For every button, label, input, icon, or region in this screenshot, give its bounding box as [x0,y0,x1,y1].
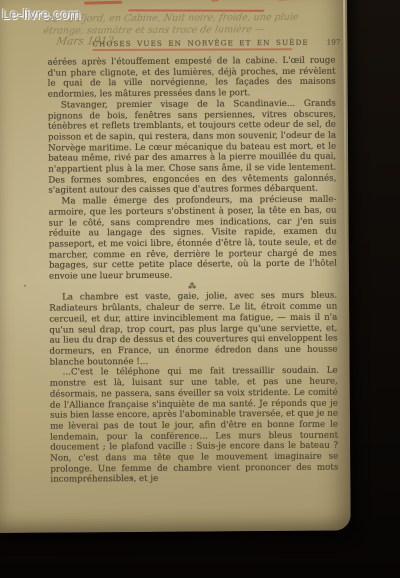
text-paragraph: Ma malle émerge des profondeurs, ma préc… [48,195,337,283]
watermark-text: Le-livre.com [2,6,81,22]
text-paragraph: Stavanger, premier visage de la Scandina… [48,98,337,196]
paper-speck [130,477,133,480]
running-header: CHOSES VUES EN NORVÈGE ET EN SUÈDE 197 [92,38,340,49]
handwritten-title: Stavanger [124,0,256,3]
text-paragraph: La chambre est vaste, gaie, jolie, avec … [49,291,338,368]
red-dash-right [278,0,310,1]
paper-speck [24,285,26,287]
scanned-photo-background: Stavanger Sur le Fjord, en Cabine, Nuit … [0,0,400,578]
text-paragraph: ...C'est le téléphone qui me fait tressa… [50,366,339,486]
book-page: Stavanger Sur le Fjord, en Cabine, Nuit … [0,0,351,533]
text-paragraph: aérées après l'étouffement empesté de la… [47,56,335,101]
running-header-title: CHOSES VUES EN NORVÈGE ET EN SUÈDE [92,38,308,49]
paper-speck [311,198,313,200]
body-text: aérées après l'étouffement empesté de la… [47,56,338,486]
header-red-underline [92,48,292,50]
page-number: 197 [327,38,341,47]
red-dash-left [84,1,122,5]
page-edge-highlight [343,0,347,313]
handwritten-notes: Sur le Fjord, en Cabine, Nuit noire, fro… [42,12,346,38]
